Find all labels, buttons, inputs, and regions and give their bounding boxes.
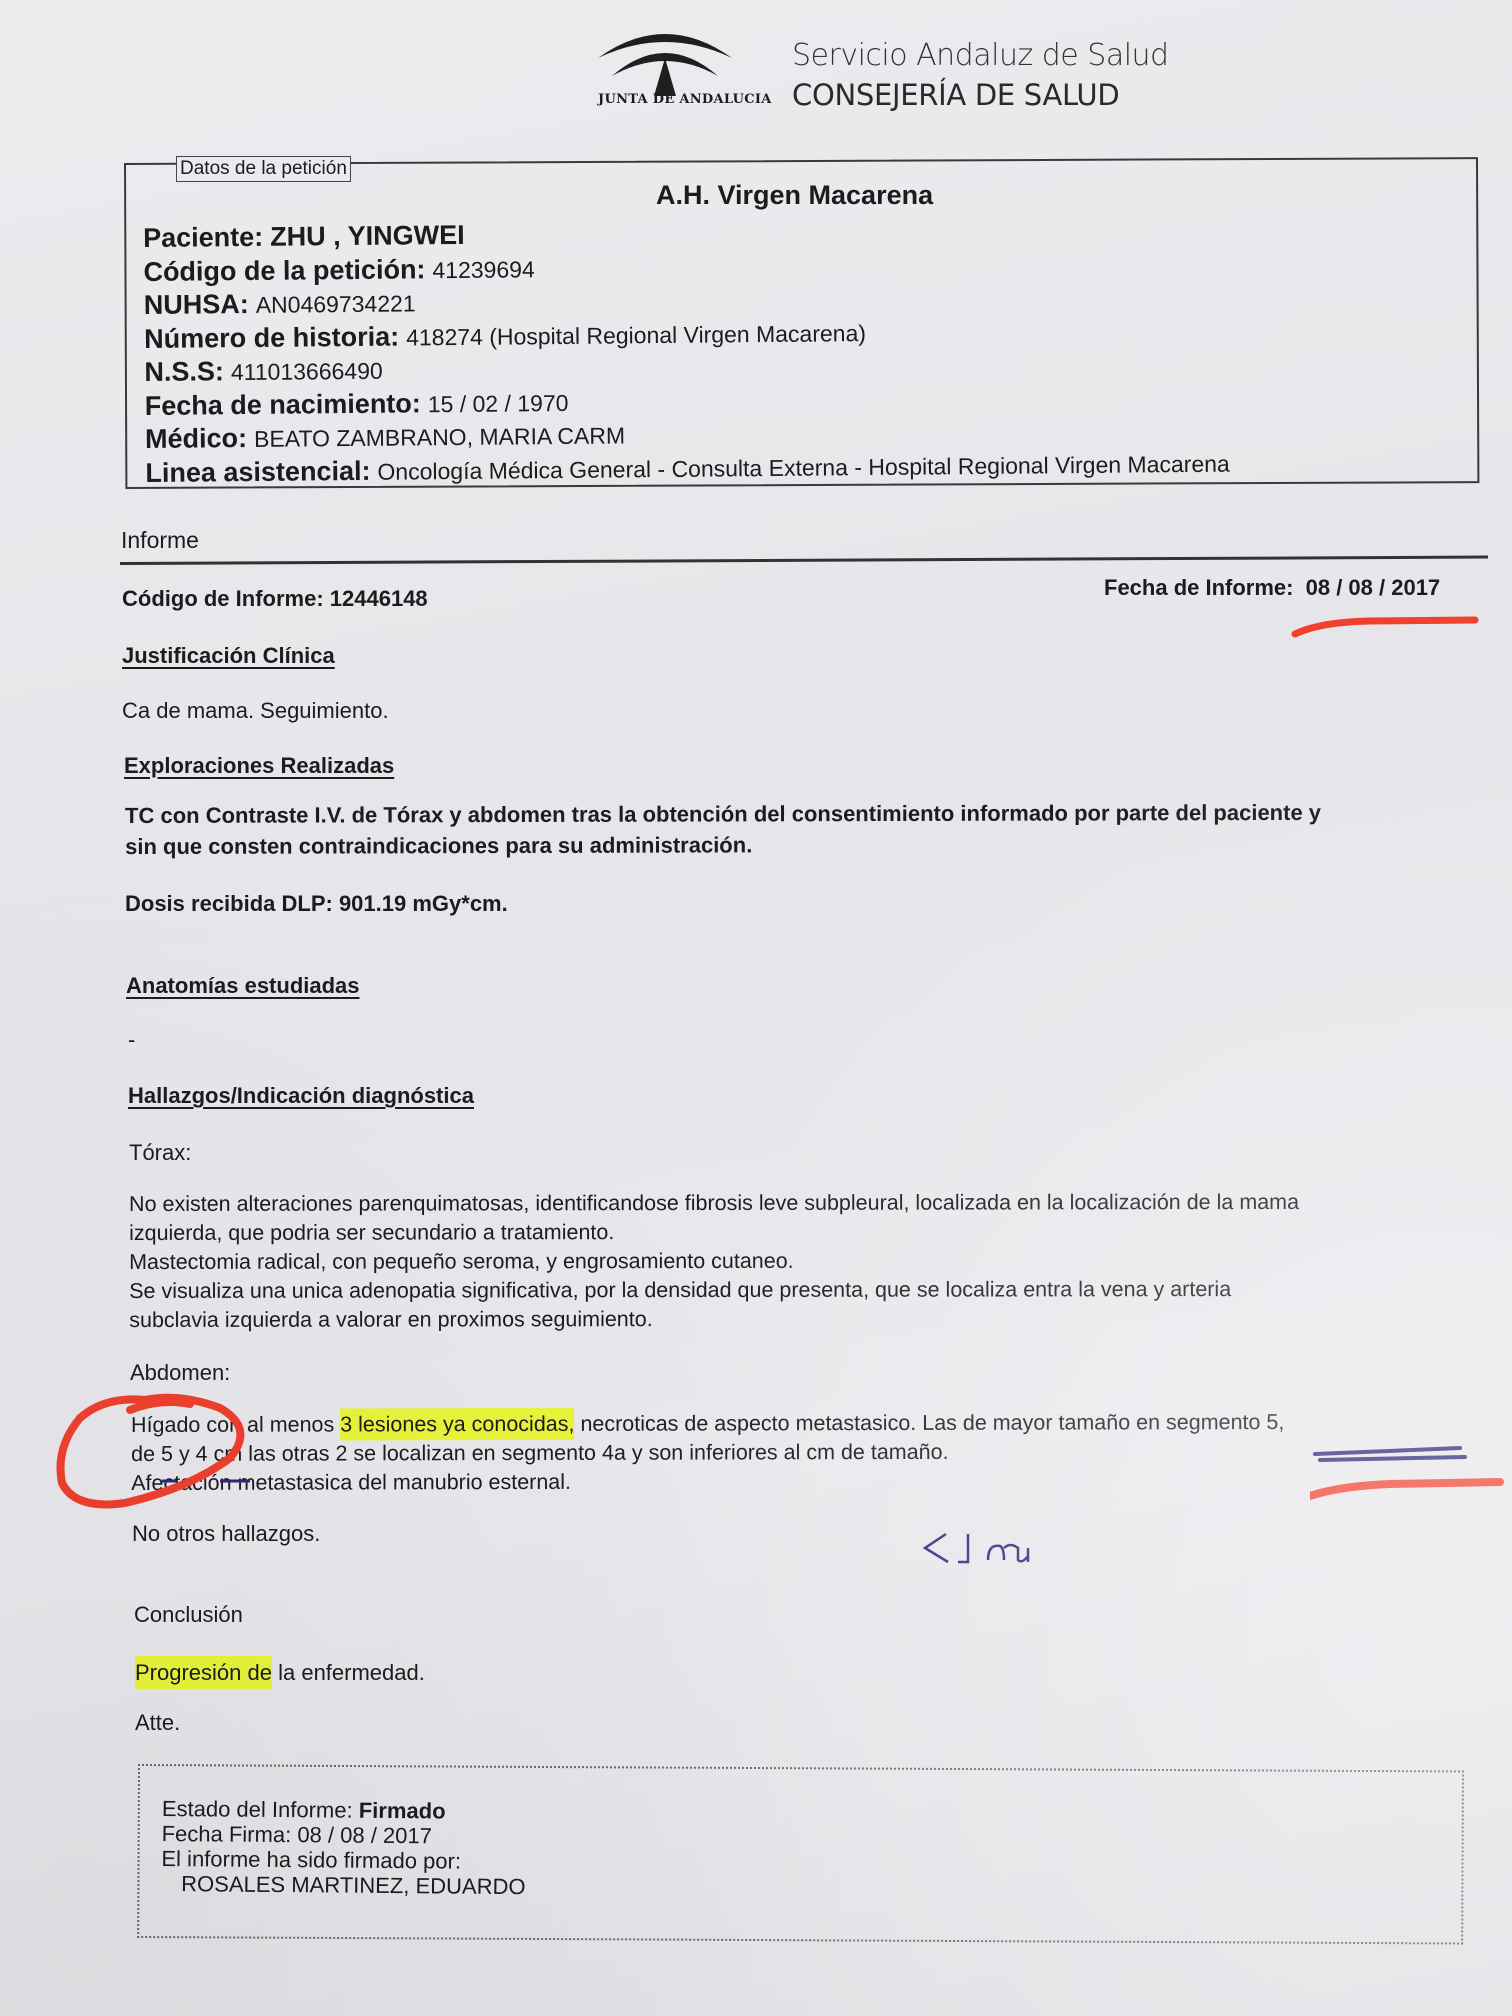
field-label: Médico: [145, 423, 247, 454]
highlighted-conclusion: Progresión de [135, 1656, 272, 1689]
red-underline-mark [1290, 612, 1490, 642]
field-label: Número de historia: [144, 321, 399, 353]
divider [120, 556, 1488, 565]
status-badge: Firmado [359, 1798, 446, 1824]
conclusion-label: Conclusión [134, 1602, 243, 1628]
report-code: Código de Informe: 12446148 [122, 586, 428, 612]
field-value: 41239694 [432, 256, 535, 283]
field-label: N.S.S: [144, 356, 224, 387]
report-date: Fecha de Informe: 08 / 08 / 2017 [1104, 575, 1440, 601]
org-department: CONSEJERÍA DE SALUD [792, 78, 1119, 112]
thorax-line: No existen alteraciones parenquimatosas,… [129, 1188, 1299, 1219]
explorations-text: TC con Contraste I.V. de Tórax y abdomen… [125, 797, 1321, 862]
signed-by-label: El informe ha sido firmado por: [161, 1846, 526, 1874]
report-code-value: 12446148 [330, 586, 428, 611]
field-value: BEATO ZAMBRANO, MARIA CARM [254, 422, 625, 452]
field-value: AN0469734221 [256, 290, 416, 318]
field-value: 15 / 02 / 1970 [428, 389, 569, 416]
signer-name: ROSALES MARTINEZ, EDUARDO [161, 1871, 526, 1899]
thorax-line: subclavia izquierda a valorar en proximo… [129, 1304, 1299, 1335]
field-value: ZHU , YINGWEI [270, 220, 465, 252]
request-fields: Paciente: ZHU , YINGWEICódigo de la peti… [143, 212, 1230, 490]
field-value: Oncología Médica General - Consulta Exte… [377, 450, 1230, 484]
signature-details: Estado del Informe: Firmado Fecha Firma:… [161, 1796, 526, 1899]
justification-text: Ca de mama. Seguimiento. [122, 698, 389, 724]
thorax-label: Tórax: [129, 1140, 191, 1166]
handwritten-note-less-than-1cm [920, 1526, 1100, 1576]
red-circle-annotation [50, 1388, 310, 1518]
thorax-line: Mastectomia radical, con pequeño seroma,… [129, 1246, 1299, 1277]
report-code-label: Código de Informe: [122, 586, 324, 611]
hospital-name: A.H. Virgen Macarena [656, 180, 933, 211]
justification-title: Justificación Clínica [122, 643, 335, 669]
pen-underline-numbers [160, 1475, 300, 1495]
report-date-label: Fecha de Informe: [1104, 575, 1293, 600]
explorations-line: sin que consten contraindicaciones para … [125, 828, 1321, 862]
field-label: Código de la petición: [143, 254, 425, 287]
thorax-findings: No existen alteraciones parenquimatosas,… [129, 1188, 1299, 1335]
field-label: Fecha de nacimiento: [145, 388, 421, 421]
thorax-line: Se visualiza una unica adenopatia signif… [129, 1275, 1299, 1306]
findings-title: Hallazgos/Indicación diagnóstica [128, 1083, 474, 1109]
abdomen-label: Abdomen: [130, 1360, 230, 1386]
request-data-legend: Datos de la petición [176, 156, 351, 182]
dose-text: Dosis recibida DLP: 901.19 mGy*cm. [125, 888, 508, 919]
field-label: NUHSA: [144, 289, 249, 320]
logo-caption: JUNTA DE ANDALUCIA [598, 92, 772, 107]
conclusion-text: Progresión de la enfermedad. [135, 1660, 425, 1686]
explorations-title: Exploraciones Realizadas [124, 753, 394, 779]
report-section-title: Informe [121, 527, 199, 554]
anatomies-title: Anatomías estudiadas [126, 973, 360, 999]
thorax-line: izquierda, que podria ser secundario a t… [129, 1217, 1299, 1248]
field-value: 418274 (Hospital Regional Virgen Macaren… [406, 320, 866, 350]
field-label: Linea asistencial: [145, 455, 370, 487]
signature-date-line: Fecha Firma: 08 / 08 / 2017 [162, 1821, 527, 1849]
closing: Atte. [135, 1710, 180, 1736]
pen-underline-annotation [1310, 1440, 1510, 1510]
status-line: Estado del Informe: Firmado [162, 1796, 527, 1824]
field-value: 411013666490 [231, 358, 383, 385]
org-name: Servicio Andaluz de Salud [792, 38, 1169, 73]
explorations-line: TC con Contraste I.V. de Tórax y abdomen… [125, 797, 1321, 831]
highlighted-lesions: 3 lesiones ya conocidas, [340, 1408, 574, 1441]
report-date-value: 08 / 08 / 2017 [1306, 575, 1441, 600]
no-other-findings: No otros hallazgos. [132, 1521, 320, 1547]
anatomies-text: - [128, 1027, 135, 1053]
field-label: Paciente: [143, 222, 263, 253]
